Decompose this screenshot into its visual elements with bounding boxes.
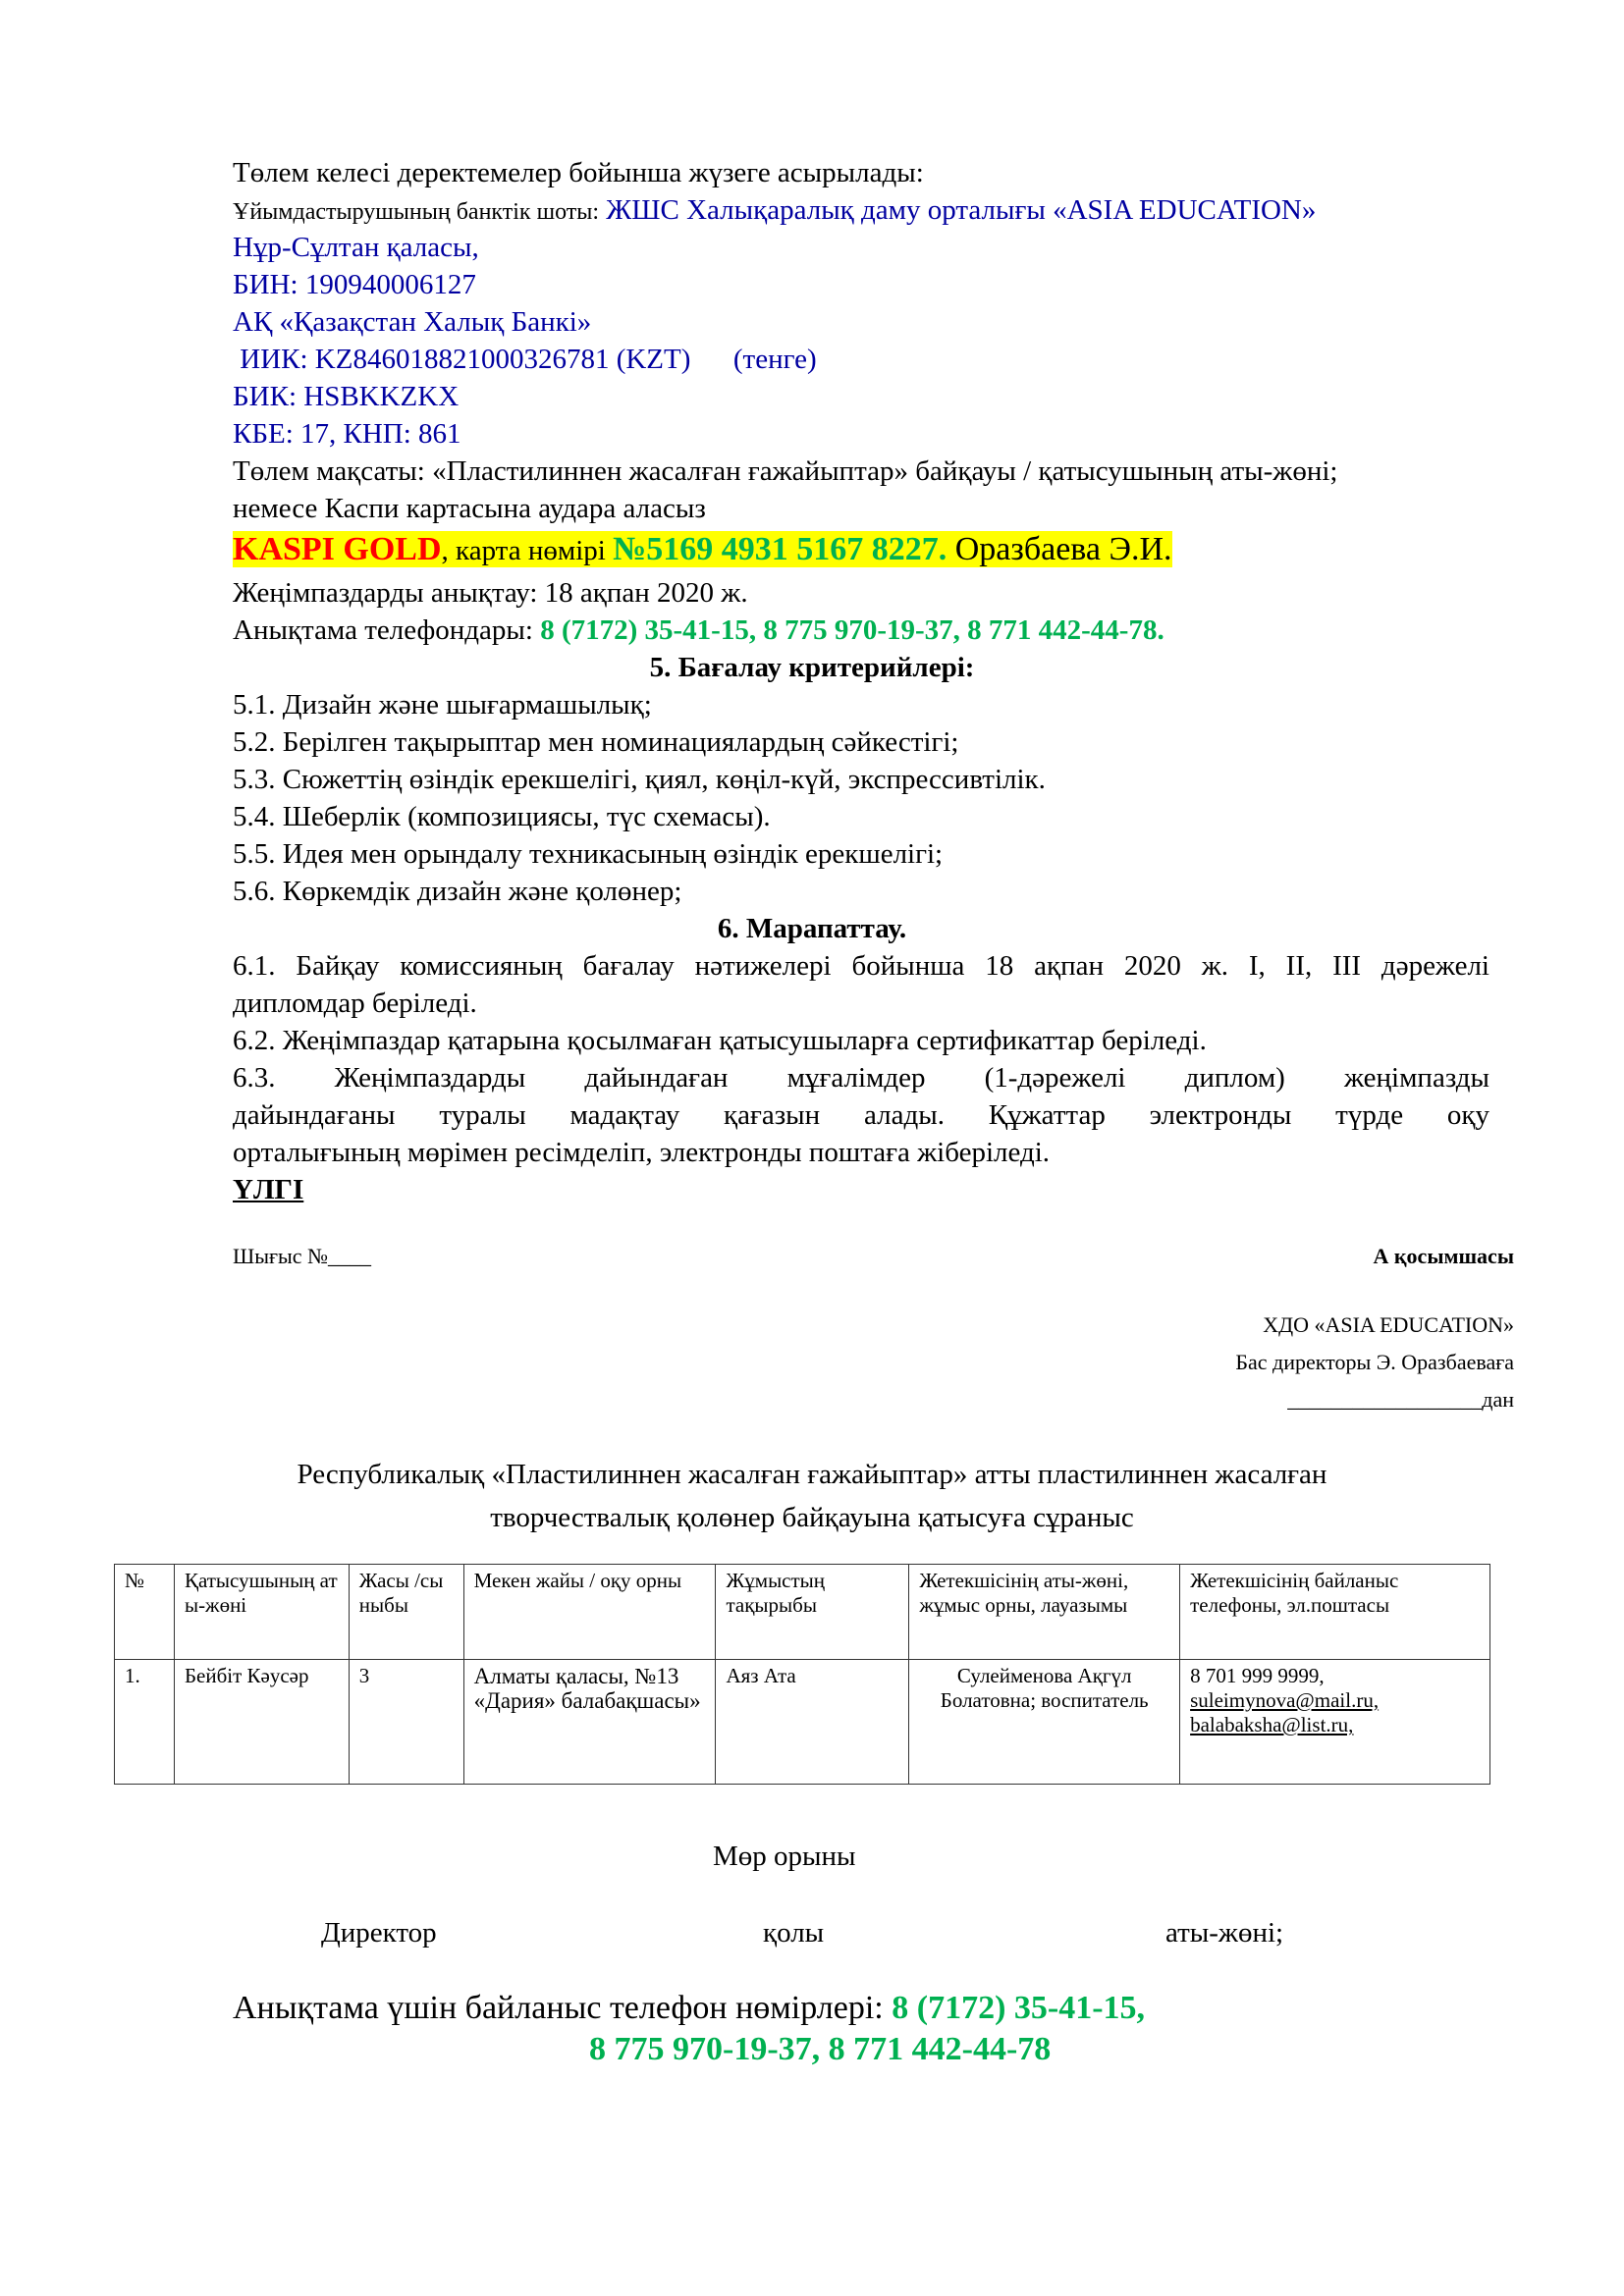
full-name-label: аты-жөні; [1165, 1914, 1283, 1951]
kaspi-brand: KASPI GOLD [233, 531, 442, 567]
header-cell: Жетекшісінің байланыс телефоны, эл.пошта… [1180, 1565, 1490, 1660]
currency: (тенге) [733, 344, 817, 375]
header-cell: № [115, 1565, 175, 1660]
phones: 8 (7172) 35-41-15, 8 775 970-19-37, 8 77… [540, 614, 1164, 646]
criteria-item: 5.5. Идея мен орындалу техникасының өзін… [233, 835, 943, 873]
email-link-1[interactable]: suleimynova@mail.ru, [1190, 1688, 1379, 1712]
winners-date: Жеңімпаздарды анықтау: 18 ақпан 2020 ж. [233, 574, 748, 612]
criteria-item: 5.2. Берілген тақырыптар мен номинацияла… [233, 723, 959, 761]
account-line: Ұйымдастырушының банктік шоты: ЖШС Халық… [233, 191, 1316, 231]
contact-phone: 8 701 999 9999, [1190, 1664, 1480, 1688]
bik: БИК: HSBKKZKX [233, 378, 459, 415]
awards-p1-line1: 6.1. Байқау комиссияның бағалау нәтижеле… [233, 947, 1489, 985]
bank-name: АҚ «Қазақстан Халық Банкі» [233, 303, 591, 341]
cell-topic: Аяз Ата [716, 1660, 909, 1785]
kaspi-line: KASPI GOLD, карта нөмірі №5169 4931 5167… [233, 528, 1172, 572]
from-line: __________________дан [1287, 1385, 1514, 1415]
kaspi-card-label: , карта нөмірі [442, 535, 614, 566]
account-org: ЖШС Халықаралық даму орталығы «ASIA EDUC… [606, 194, 1316, 226]
stamp-place: Мөр орыны [713, 1838, 856, 1875]
criteria-item: 5.3. Сюжеттің өзіндік ерекшелігі, қиял, … [233, 761, 1046, 798]
cell-age: 3 [349, 1660, 463, 1785]
city: Нұр-Сұлтан қаласы, [233, 229, 479, 266]
awards-heading: 6. Марапаттау. [0, 910, 1624, 947]
kaspi-card-number: №5169 4931 5167 8227. [613, 531, 947, 567]
iik: ИИК: KZ846018821000326781 (KZT) [233, 344, 690, 375]
cell-address: Алматы қаласы, №13 «Дария» балабақшасы» [463, 1660, 716, 1785]
header-cell: Мекен жайы / оқу орны [463, 1565, 716, 1660]
account-label: Ұйымдастырушының банктік шоты: [233, 199, 599, 225]
form-title-line1: Республикалық «Пластилиннен жасалған ғаж… [0, 1456, 1624, 1493]
bin: БИН: 190940006127 [233, 266, 476, 303]
sample-title: ҮЛГІ [233, 1171, 303, 1208]
awards-p1-line2: дипломдар беріледі. [233, 985, 477, 1022]
contact-phone-1: 8 (7172) 35-41-15, [892, 1990, 1145, 2026]
email-link-2[interactable]: balabaksha@list.ru, [1190, 1713, 1353, 1736]
phones-line: Анықтама телефондары: 8 (7172) 35-41-15,… [233, 612, 1164, 649]
criteria-item: 5.1. Дизайн және шығармашылық; [233, 686, 652, 723]
criteria-heading: 5. Бағалау критерийлері: [0, 649, 1624, 686]
awards-p3-line1: 6.3. Жеңімпаздарды дайындаған мұғалімдер… [233, 1059, 1489, 1096]
table-row: 1. Бейбіт Кәусәр 3 Алматы қаласы, №13 «Д… [115, 1660, 1490, 1785]
addressee-person: Бас директоры Э. Оразбаеваға [1235, 1348, 1514, 1377]
or-kaspi: немесе Каспи картасына аудара аласыз [233, 490, 706, 527]
outgoing-number: Шығыс №____ [233, 1242, 371, 1271]
table-header-row: № Қатысушының аты-жөні Жасы /сыныбы Меке… [115, 1565, 1490, 1660]
appendix-label: А қосымшасы [1373, 1242, 1514, 1271]
header-cell: Жасы /сыныбы [349, 1565, 463, 1660]
header-cell: Жетекшісінің аты-жөні, жұмыс орны, лауаз… [909, 1565, 1180, 1660]
criteria-item: 5.6. Көркемдік дизайн және қолөнер; [233, 873, 681, 910]
contact-label: Анықтама үшін байланыс телефон нөмірлері… [233, 1990, 892, 2026]
contact-phone-2: 8 775 970-19-37, 8 771 442-44-78 [589, 2028, 1051, 2071]
cell-supervisor: Сулейменова Ақгүл Болатовна; воспитатель [909, 1660, 1180, 1785]
payment-purpose: Төлем мақсаты: «Пластилиннен жасалған ға… [233, 453, 1337, 490]
awards-p3-line3: орталығының мөрімен ресімделіп, электрон… [233, 1134, 1050, 1171]
director-label: Директор [321, 1914, 437, 1951]
form-title-line2: творчествалық қолөнер байқауына қатысуға… [0, 1499, 1624, 1536]
header-cell: Қатысушының аты-жөні [174, 1565, 349, 1660]
signature-label: қолы [763, 1914, 824, 1951]
criteria-item: 5.4. Шеберлік (композициясы, түс схемасы… [233, 798, 771, 835]
cell-name: Бейбіт Кәусәр [174, 1660, 349, 1785]
cell-no: 1. [115, 1660, 175, 1785]
awards-p3-line2: дайындағаны туралы мадақтау қағазын алад… [233, 1096, 1489, 1134]
awards-p2: 6.2. Жеңімпаздар қатарына қосылмаған қат… [233, 1022, 1207, 1059]
payment-intro: Төлем келесі деректемелер бойынша жүзеге… [233, 154, 924, 191]
header-cell: Жұмыстың тақырыбы [716, 1565, 909, 1660]
registration-table: № Қатысушының аты-жөні Жасы /сыныбы Меке… [114, 1564, 1490, 1785]
kbe-knp: КБЕ: 17, КНП: 861 [233, 415, 461, 453]
contact-line: Анықтама үшін байланыс телефон нөмірлері… [233, 1987, 1145, 2030]
phones-label: Анықтама телефондары: [233, 614, 540, 646]
cell-contacts: 8 701 999 9999, suleimynova@mail.ru, bal… [1180, 1660, 1490, 1785]
iik-line: ИИК: KZ846018821000326781 (KZT) (тенге) [233, 341, 817, 378]
addressee-org: ХДО «ASIA EDUCATION» [1263, 1310, 1514, 1340]
kaspi-holder: Оразбаева Э.И. [947, 531, 1171, 567]
